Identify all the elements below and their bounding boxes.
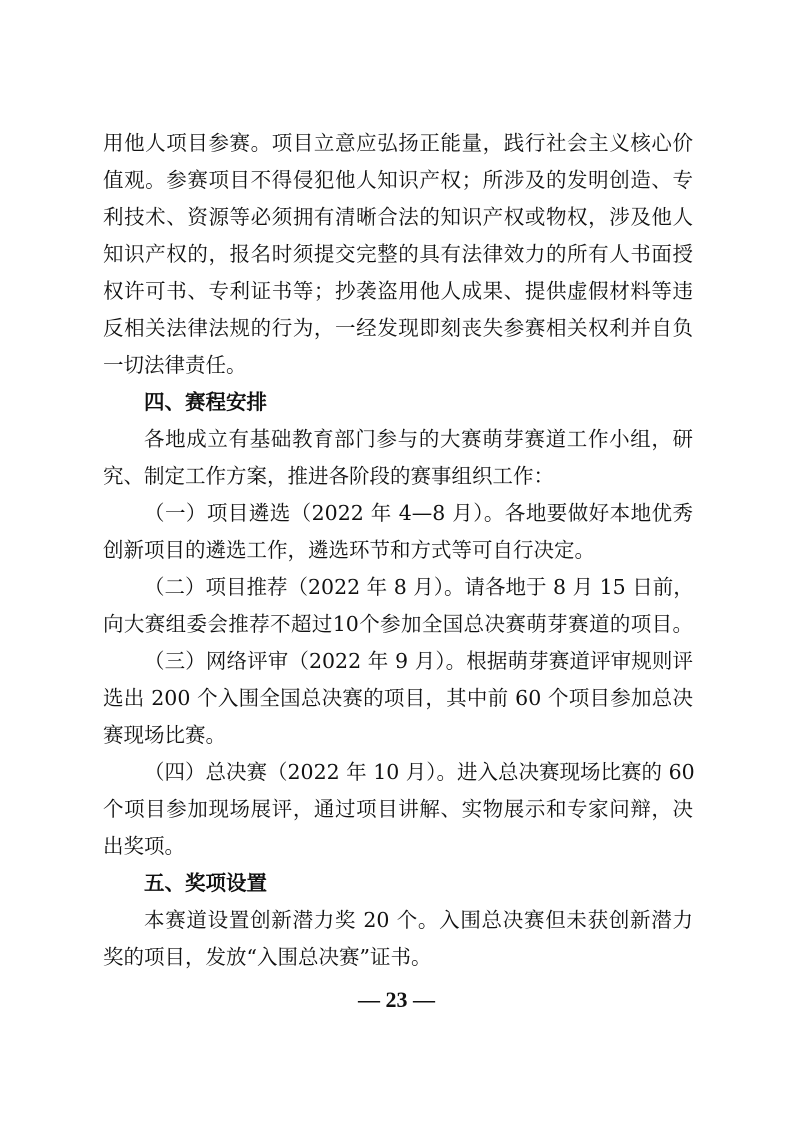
body-text-line: 奖的项目，发放“入围总决赛”证书。 — [103, 939, 693, 975]
body-text-line: 利技术、资源等必须拥有清晰合法的知识产权或物权，涉及他人 — [103, 199, 693, 235]
schedule-item-1-cont: 创新项目的遴选工作，遴选环节和方式等可自行决定。 — [103, 532, 693, 568]
schedule-item-3-cont: 赛现场比赛。 — [103, 717, 693, 753]
schedule-item-4-cont: 个项目参加现场展评，通过项目讲解、实物展示和专家问辩，决 — [103, 791, 693, 827]
schedule-item-3-cont: 选出 200 个入围全国总决赛的项目，其中前 60 个项目参加总决 — [103, 680, 693, 716]
body-text-line: 一切法律责任。 — [103, 347, 693, 383]
body-text-line: 究、制定工作方案，推进各阶段的赛事组织工作： — [103, 458, 693, 494]
body-text-line: 值观。参赛项目不得侵犯他人知识产权；所涉及的发明创造、专 — [103, 162, 693, 198]
body-text-line: 权许可书、专利证书等；抄袭盗用他人成果、提供虚假材料等违 — [103, 273, 693, 309]
body-text-line: 知识产权的，报名时须提交完整的具有法律效力的所有人书面授 — [103, 236, 693, 272]
section-heading-awards: 五、奖项设置 — [144, 865, 693, 901]
schedule-item-3: （三）网络评审（2022 年 9 月）。根据萌芽赛道评审规则评 — [144, 643, 693, 679]
page-number: — 23 — — [0, 987, 793, 1013]
schedule-item-2-cont: 向大赛组委会推荐不超过10个参加全国总决赛萌芽赛道的项目。 — [103, 606, 693, 642]
body-text-line: 反相关法律法规的行为，一经发现即刻丧失参赛相关权利并自负 — [103, 310, 693, 346]
document-page: 用他人项目参赛。项目立意应弘扬正能量，践行社会主义核心价 值观。参赛项目不得侵犯… — [0, 0, 793, 1122]
schedule-item-1: （一）项目遴选（2022 年 4—8 月）。各地要做好本地优秀 — [144, 495, 693, 531]
body-text-line: 各地成立有基础教育部门参与的大赛萌芽赛道工作小组，研 — [144, 421, 693, 457]
body-text-line: 用他人项目参赛。项目立意应弘扬正能量，践行社会主义核心价 — [103, 125, 693, 161]
body-text-line: 本赛道设置创新潜力奖 20 个。入围总决赛但未获创新潜力 — [144, 902, 693, 938]
schedule-item-4: （四）总决赛（2022 年 10 月）。进入总决赛现场比赛的 60 — [144, 754, 693, 790]
section-heading-schedule: 四、赛程安排 — [144, 384, 693, 420]
schedule-item-2: （二）项目推荐（2022 年 8 月）。请各地于 8 月 15 日前， — [144, 569, 693, 605]
schedule-item-4-cont: 出奖项。 — [103, 828, 693, 864]
